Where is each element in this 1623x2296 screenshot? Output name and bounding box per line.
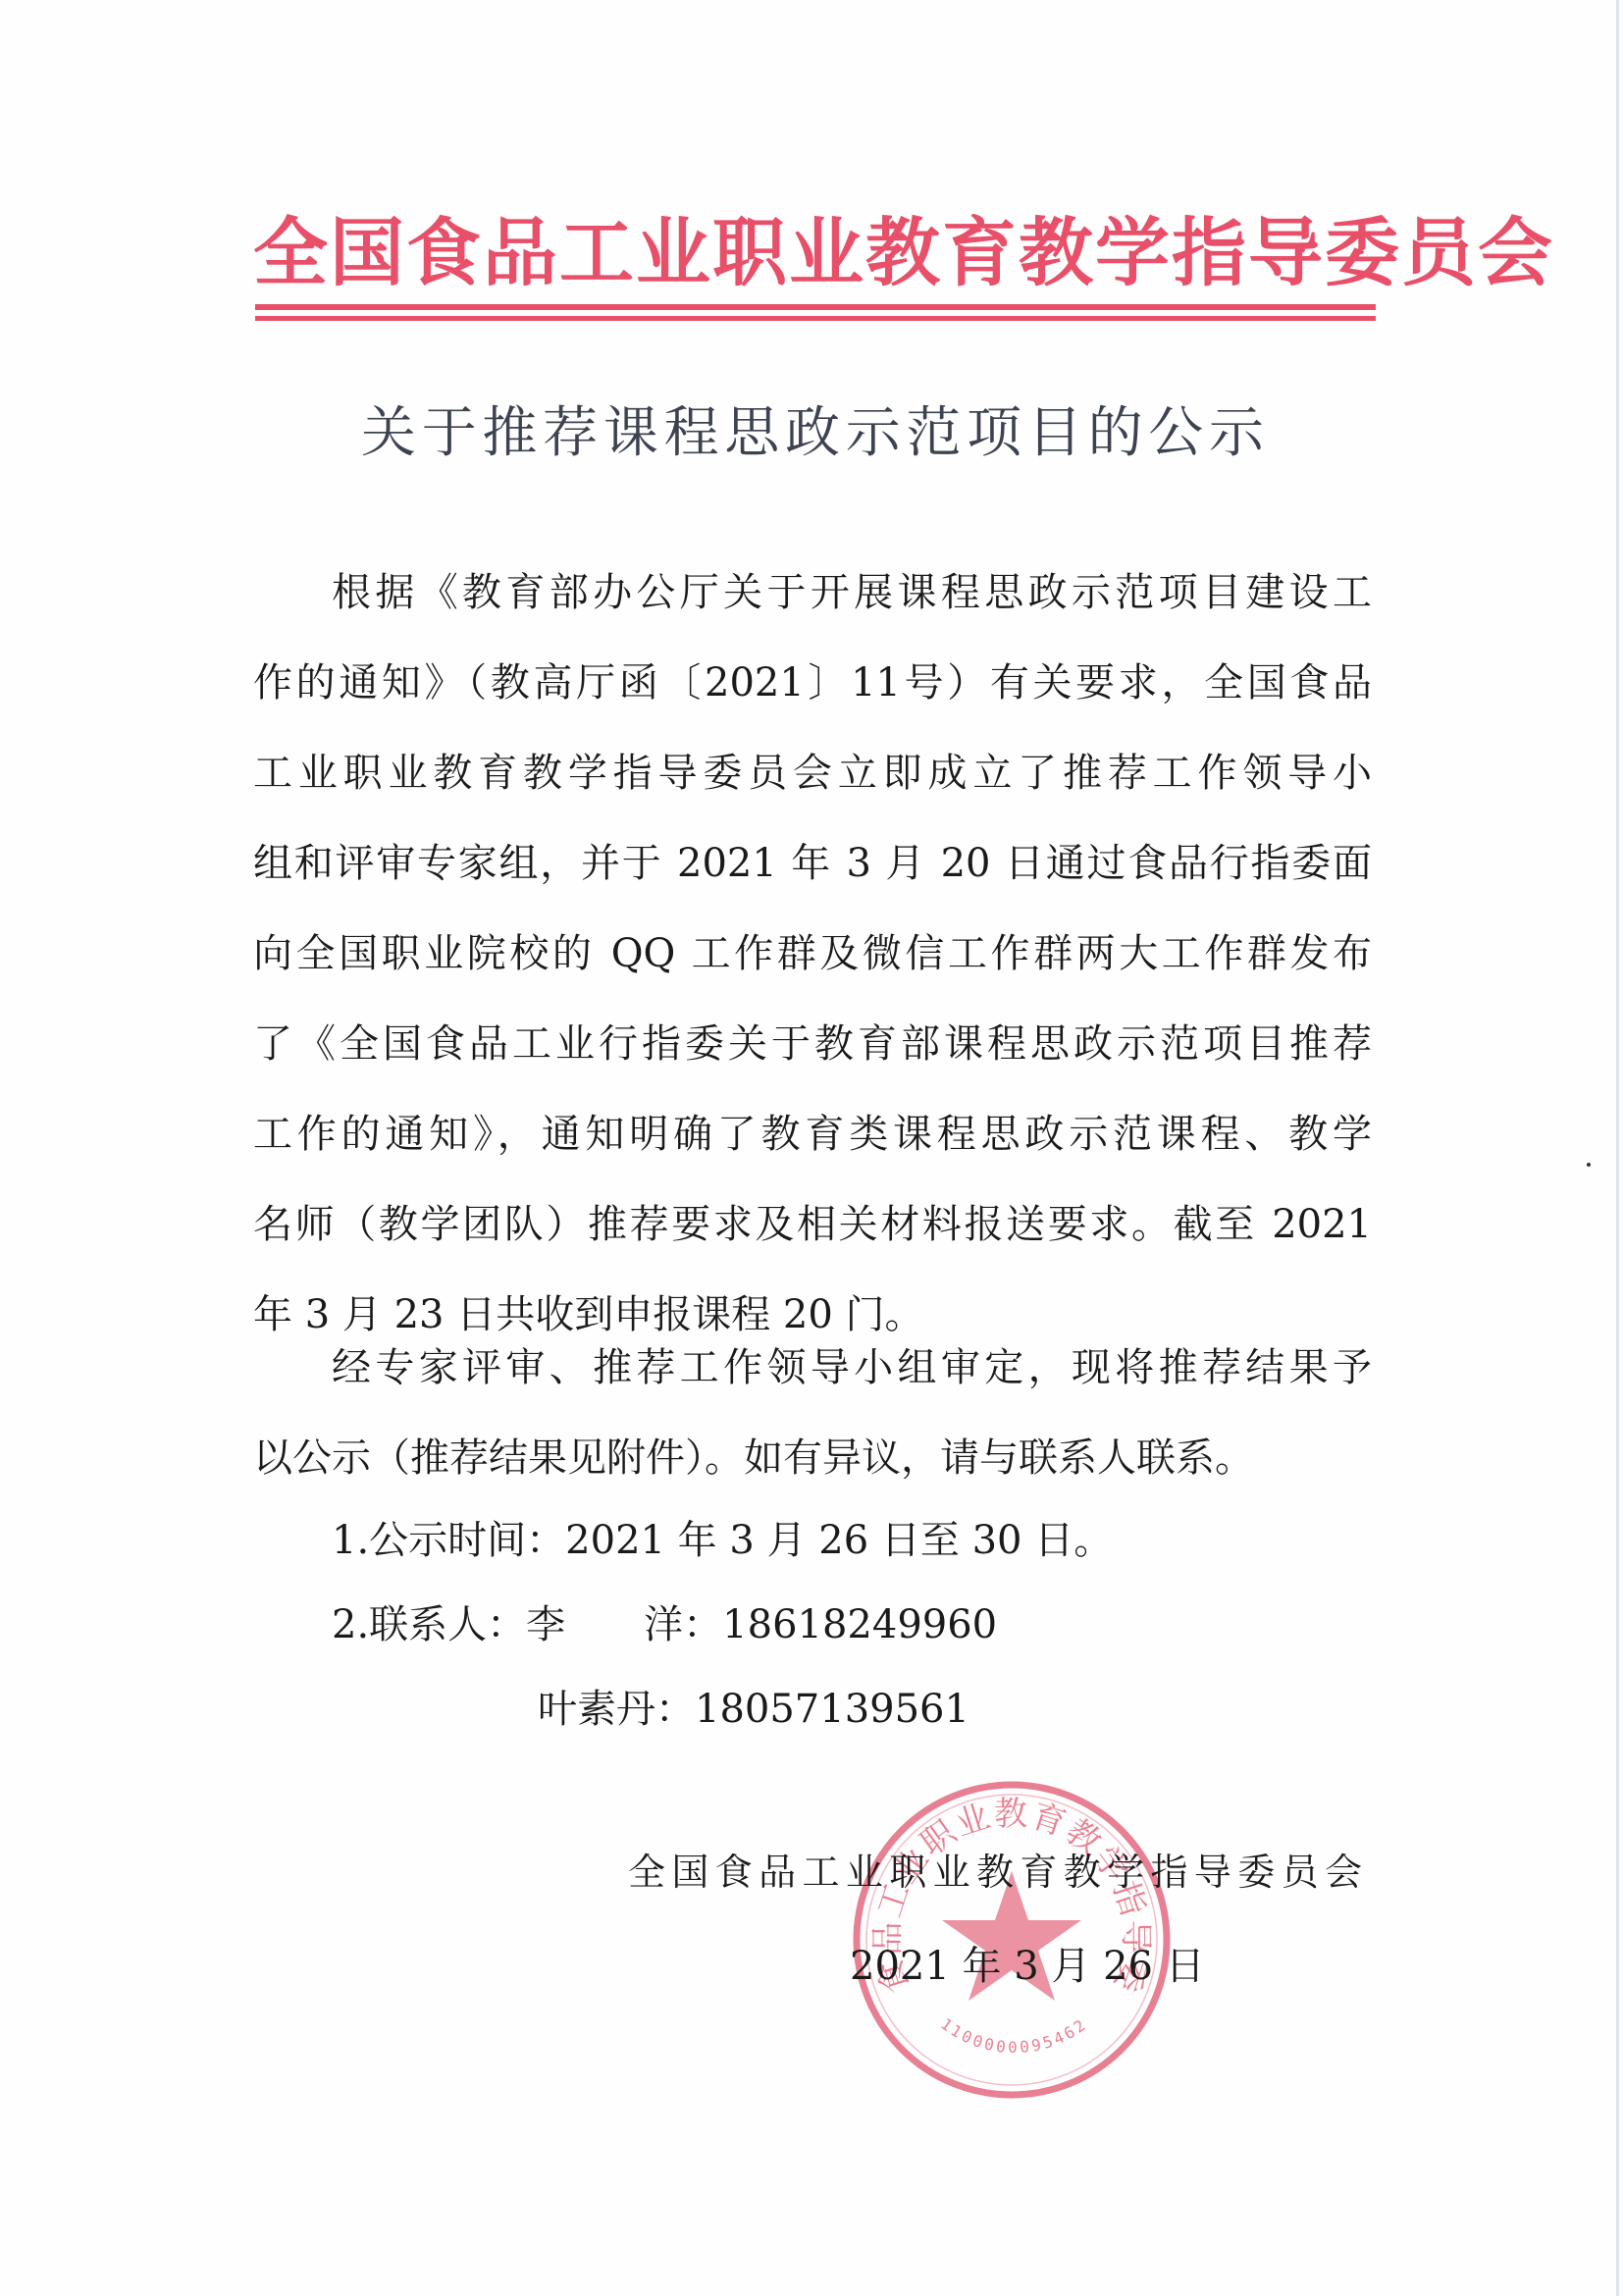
contact-name: 李 洋： (526, 1602, 722, 1647)
paragraph-line: 经专家评审、推荐工作领导小组审定，现将推荐结果予 (332, 1338, 1372, 1397)
svg-text:1100000095462: 1100000095462 (937, 2014, 1091, 2057)
publicity-period-value: 2021 年 3 月 26 日至 30 日。 (565, 1518, 1113, 1563)
scan-speck (1587, 1163, 1591, 1167)
contact-phone: 18057139561 (695, 1687, 969, 1732)
document-page: 全国食品工业职业教育教学指导委员会 关于推荐课程思政示范项目的公示 根据《教育部… (0, 0, 1623, 2296)
signature-organization: 全国食品工业职业教育教学指导委员会 (628, 1843, 1362, 1902)
paragraph-line: 根据《教育部办公厅关于开展课程思政示范项目建设工 (332, 563, 1372, 622)
contact-1: 2.联系人：李 洋：18618249960 (332, 1595, 997, 1654)
letterhead-rule-top (255, 304, 1376, 310)
paragraph-line: 以公示（推荐结果见附件）。如有异议，请与联系人联系。 (253, 1429, 1372, 1487)
contact-name: 叶素丹： (538, 1687, 695, 1732)
paragraph-line: 工作的通知》，通知明确了教育类课程思政示范课程、教学 (253, 1105, 1372, 1164)
contact-label: 2.联系人： (332, 1602, 526, 1647)
paragraph-line: 了《全国食品工业行指委关于教育部课程思政示范项目推荐 (253, 1015, 1372, 1073)
paragraph-line: 名师（教学团队）推荐要求及相关材料报送要求。截至 2021 (253, 1195, 1372, 1254)
letterhead-org-name: 全国食品工业职业教育教学指导委员会 (253, 204, 1372, 302)
publicity-period: 1.公示时间：2021 年 3 月 26 日至 30 日。 (332, 1511, 1113, 1570)
document-title: 关于推荐课程思政示范项目的公示 (361, 394, 1264, 473)
paragraph-line: 年 3 月 23 日共收到申报课程 20 门。 (253, 1285, 1372, 1344)
letterhead-rule-bottom (255, 316, 1376, 321)
scan-edge (1616, 0, 1619, 2296)
contact-phone: 18618249960 (722, 1602, 997, 1647)
paragraph-line: 组和评审专家组，并于 2021 年 3 月 20 日通过食品行指委面 (253, 834, 1372, 893)
contact-2: 叶素丹：18057139561 (538, 1680, 969, 1739)
signature-date: 2021 年 3 月 26 日 (850, 1937, 1205, 1996)
publicity-period-label: 1.公示时间： (332, 1518, 565, 1563)
paragraph-line: 向全国职业院校的 QQ 工作群及微信工作群两大工作群发布 (253, 924, 1372, 983)
paragraph-line: 作的通知》（教高厅函〔2021〕11号）有关要求，全国食品 (253, 653, 1372, 712)
paragraph-line: 工业职业教育教学指导委员会立即成立了推荐工作领导小 (253, 744, 1372, 803)
